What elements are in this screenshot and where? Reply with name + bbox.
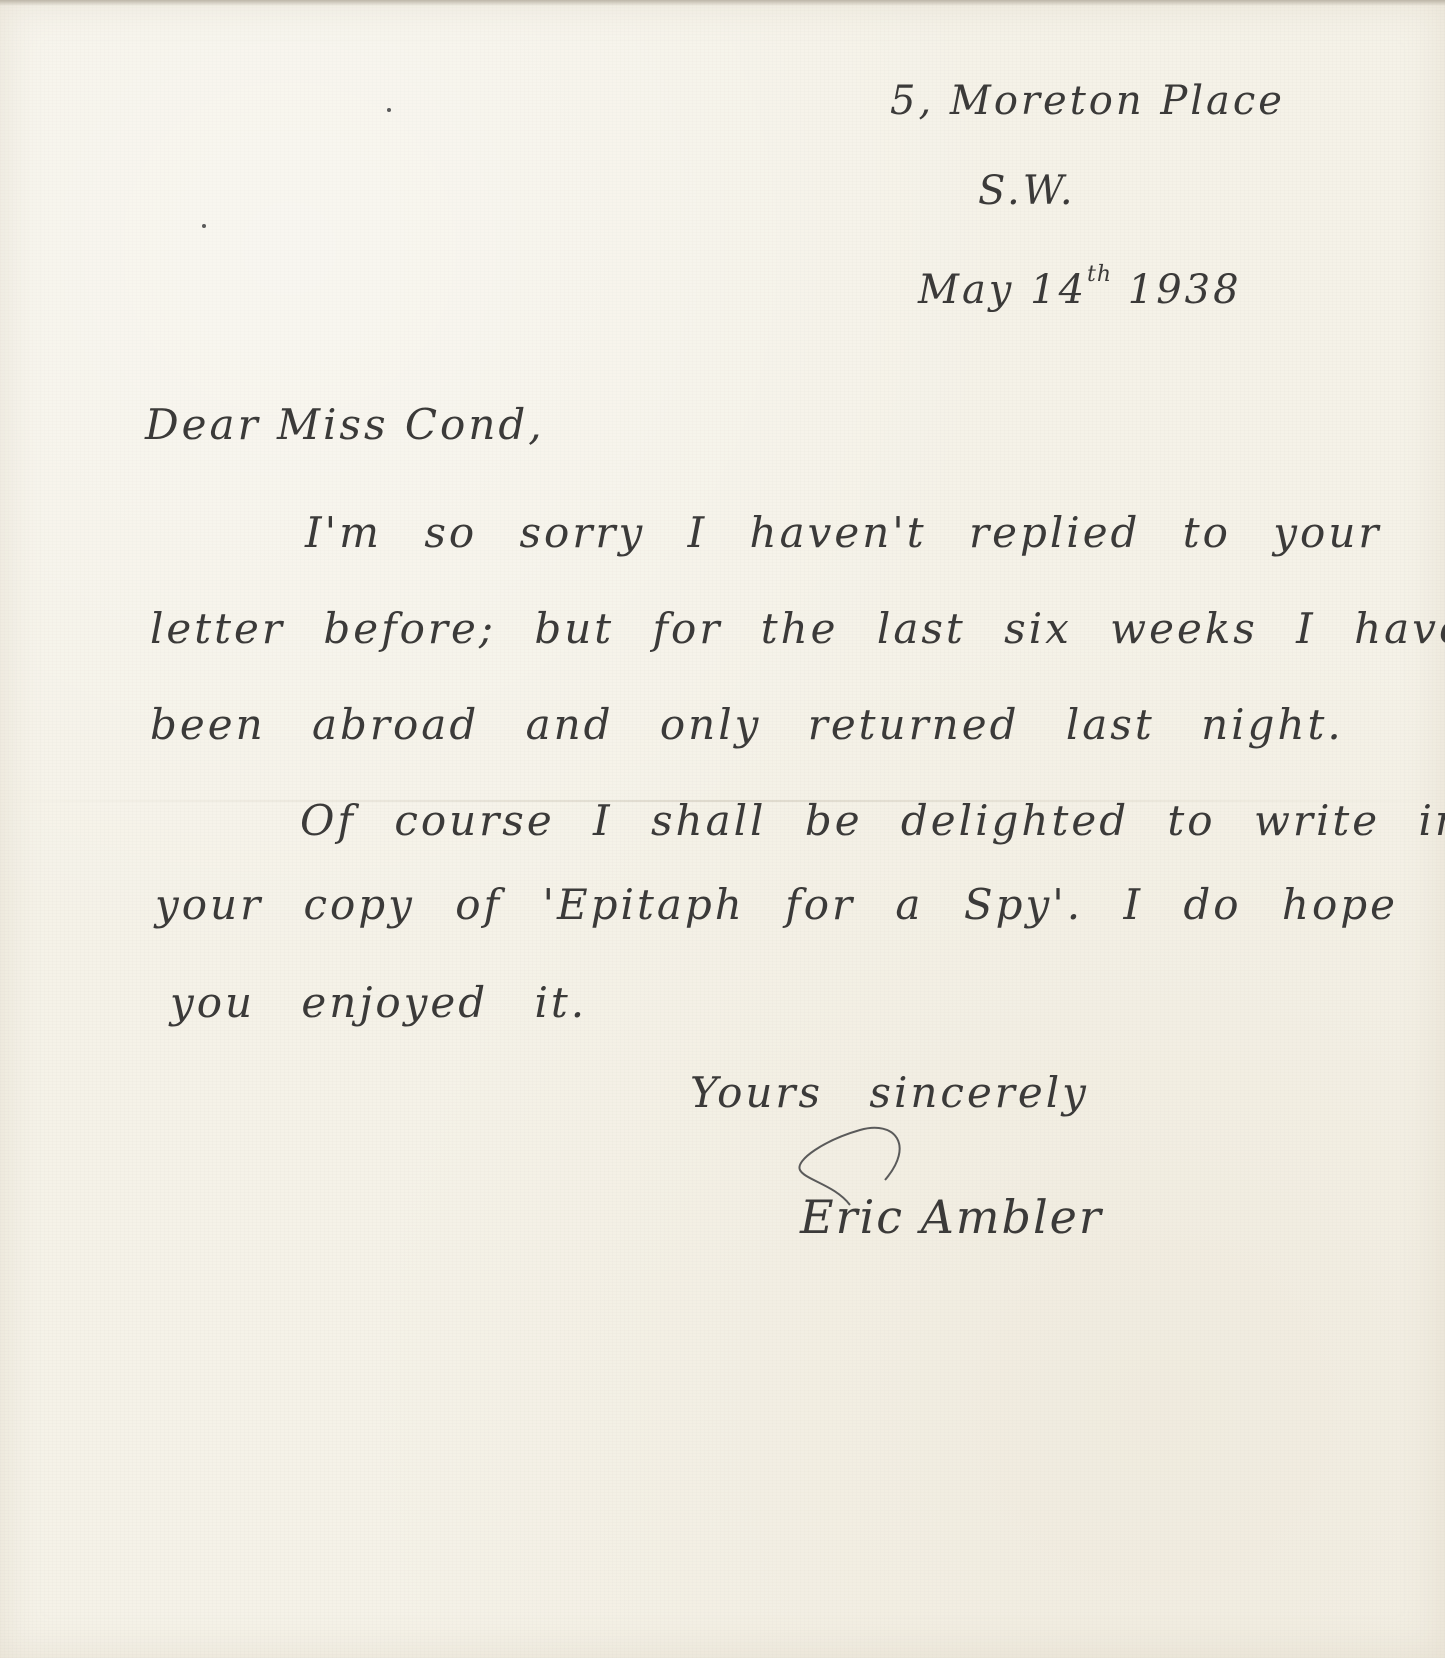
address-line-2: S.W. bbox=[978, 168, 1076, 214]
date-day: May 14 bbox=[918, 267, 1087, 313]
deckle-edge bbox=[0, 0, 1445, 6]
letter-sheet: 5, Moreton Place S.W. May 14th 1938 Dear… bbox=[0, 0, 1445, 1658]
body-line: your copy of 'Epitaph for a Spy'. I do h… bbox=[155, 880, 1398, 929]
address-line-1: 5, Moreton Place bbox=[890, 78, 1285, 124]
salutation: Dear Miss Cond, bbox=[145, 400, 545, 449]
body-line: Of course I shall be delighted to write … bbox=[300, 796, 1445, 845]
body-line: letter before; but for the last six week… bbox=[150, 604, 1445, 653]
body-line: you enjoyed it. bbox=[170, 978, 587, 1027]
ink-speck bbox=[202, 224, 206, 228]
date-suffix: th bbox=[1087, 262, 1112, 287]
signature-flourish bbox=[790, 1125, 940, 1215]
letter-date: May 14th 1938 bbox=[918, 262, 1242, 313]
body-line: I'm so sorry I haven't replied to your bbox=[305, 508, 1381, 557]
body-line: been abroad and only returned last night… bbox=[150, 700, 1344, 749]
ink-speck bbox=[387, 108, 391, 112]
date-year: 1938 bbox=[1128, 267, 1242, 313]
closing: Yours sincerely bbox=[690, 1068, 1089, 1117]
